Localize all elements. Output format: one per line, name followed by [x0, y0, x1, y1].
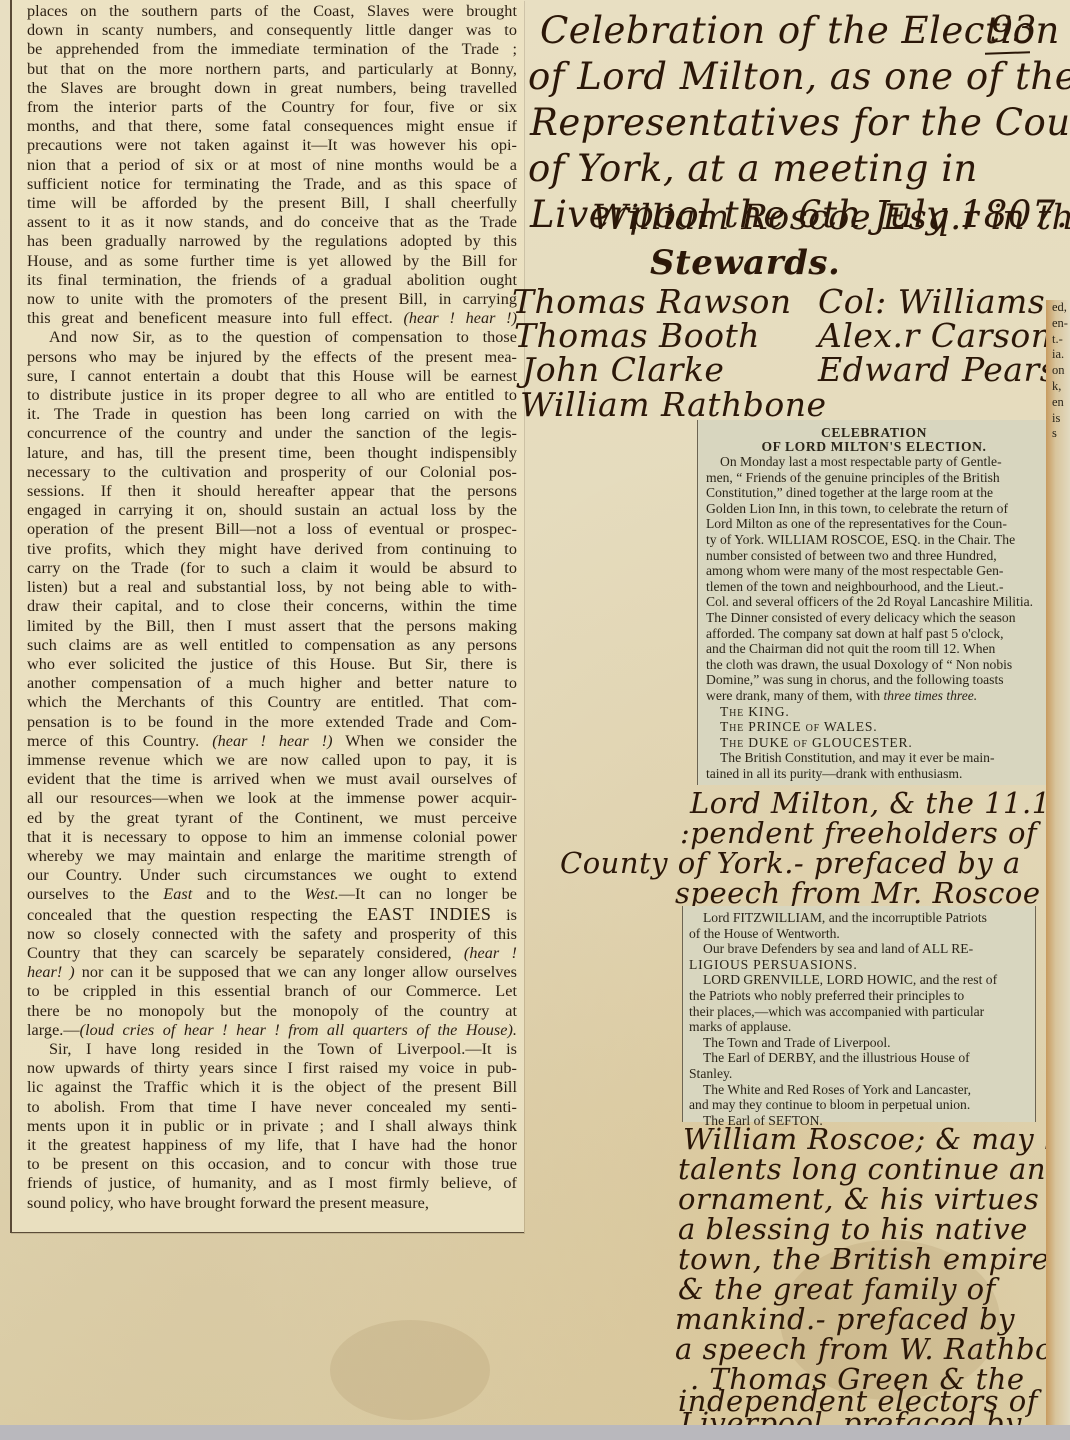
interjection: (hear ! hear !) [403, 309, 517, 327]
article-heading: CELEBRATION [706, 426, 1042, 440]
text-line: persons who may be injured by the effect… [27, 348, 517, 367]
text-span: is [506, 906, 517, 924]
toast-item: LORD GRENVILLE, LORD HOWIC, and the rest… [689, 972, 1029, 988]
title-line: Representatives for the County [530, 100, 1070, 146]
text-line: concealed that the question respecting t… [27, 905, 517, 925]
text-line: Golden Lion Inn, in this town, to celebr… [706, 501, 1042, 517]
text-line: assent to it as it now stands, and do co… [27, 213, 517, 232]
toast-item: The KING. [706, 704, 1042, 720]
fragment: ed, [1046, 300, 1070, 316]
toast-item: The DUKE of GLOUCESTER. [706, 735, 1042, 751]
text-span: nor can it be supposed that we can any l… [82, 963, 517, 981]
underlying-page-edge: ed, en- t.- ia. on k, en is s [1046, 300, 1070, 1425]
text-line: now to unite with the promoters of the p… [27, 290, 517, 309]
text-line: has been gradually narrowed by the regul… [27, 232, 517, 251]
text-line: hear! ) nor can it be supposed that we c… [27, 963, 517, 982]
text-span: When we consider the [345, 732, 517, 750]
text-line: lic against the Traffic which it is the … [27, 1078, 517, 1097]
handwritten-line: & the great family of [678, 1272, 996, 1306]
text-line: to distribute justice in its proper degr… [27, 386, 517, 405]
handwritten-line: Lord Milton, & the 11.177 Inde: [690, 786, 1070, 820]
text-line: it the greatest happiness of my life, th… [27, 1136, 517, 1155]
toast-item: The Earl of DERBY, and the illustrious H… [689, 1050, 1029, 1066]
fragment: on [1046, 363, 1070, 379]
toast-item: Lord FITZWILLIAM, and the incorruptible … [689, 910, 1029, 926]
text-span: this great and beneficent measure into f… [27, 309, 393, 327]
steward-name: William Rathbone [520, 385, 827, 424]
text-line: limited by the Bill, then I must assert … [27, 617, 517, 636]
text-span: Country that they can scarcely be separa… [27, 944, 452, 962]
text-line: the cloth was drawn, the usual Doxology … [706, 657, 1042, 673]
text-span: ourselves to the [27, 885, 149, 903]
speech-text: places on the southern parts of the Coas… [27, 2, 517, 1213]
text-line: Stanley. [689, 1066, 1029, 1082]
handwritten-line: town, the British empire [678, 1242, 1049, 1276]
text-line: and the Chairman did not quit the room t… [706, 641, 1042, 657]
text-line: lature, and has, till the present time, … [27, 444, 517, 463]
text-line: now upwards of thirty years since I firs… [27, 1059, 517, 1078]
text-line: nion that a period of six or at most of … [27, 156, 517, 175]
toast-item: Our brave Defenders by sea and land of A… [689, 941, 1029, 957]
fragment: t.- [1046, 332, 1070, 348]
text-span: —It can no longer be [339, 885, 517, 903]
text-line: ourselves to the East and to the West.—I… [27, 885, 517, 904]
text-line: time will be afforded by the present Bil… [27, 194, 517, 213]
text-line: to be crippled in this essential branch … [27, 982, 517, 1001]
fragment: ia. [1046, 347, 1070, 363]
text-line: but that on the more northern parts, and… [27, 60, 517, 79]
text-line: who ever solicited the justice of this H… [27, 655, 517, 674]
text-line: places on the southern parts of the Coas… [27, 2, 517, 21]
steward-name: Edward Pearson [818, 350, 1070, 389]
text-span: and to the [206, 885, 290, 903]
paragraph-3: Sir, I have long resided in the Town of … [27, 1040, 517, 1213]
text-line: The Dinner consisted of every delicacy w… [706, 610, 1042, 626]
text-line: men, “ Friends of the genuine principles… [706, 470, 1042, 486]
handwritten-line: a blessing to his native [678, 1212, 1028, 1246]
text-line: to abolish. From that time I have never … [27, 1098, 517, 1117]
text-line: carry on the Trade (for to such a claim … [27, 559, 517, 578]
text-line: listen) but a real and substantial loss,… [27, 578, 517, 597]
emphasis-east-indies: EAST INDIES [367, 904, 491, 924]
text-line: large.—(loud cries of hear ! hear ! from… [27, 1021, 517, 1040]
handwritten-line: County of York.- prefaced by a [560, 846, 1021, 880]
text-line: Constitution,” dined together at the lar… [706, 485, 1042, 501]
text-line: Sir, I have long resided in the Town of … [27, 1040, 517, 1059]
left-newspaper-clipping: places on the southern parts of the Coas… [10, 0, 524, 1233]
text-span: large.— [27, 1021, 80, 1039]
title-line: of York, at a meeting in [528, 146, 1070, 192]
text-line: it. The Trade in question has been long … [27, 405, 517, 424]
text-line: LIGIOUS PERSUASIONS. [689, 957, 1029, 973]
text-line: among whom were many of the most respect… [706, 563, 1042, 579]
handwritten-line: talents long continue an [678, 1152, 1046, 1186]
celebration-article-clipping: CELEBRATION OF LORD MILTON'S ELECTION. O… [697, 420, 1049, 785]
text-line: its final termination, the friends of a … [27, 271, 517, 290]
interjection: (hear ! hear !) [212, 732, 332, 750]
text-line: there be no monopoly but the monopoly of… [27, 1002, 517, 1021]
handwritten-line: ornament, & his virtues [678, 1182, 1039, 1216]
toasts-clipping: Lord FITZWILLIAM, and the incorruptible … [682, 906, 1036, 1122]
handwritten-line: a speech from W. Rathbone [675, 1332, 1070, 1366]
text-line: necessary to the cultivation and prosper… [27, 463, 517, 482]
text-line: afforded. The company sat down at half p… [706, 626, 1042, 642]
text-line: On Monday last a most respectable party … [706, 454, 1042, 470]
text-line: marks of applause. [689, 1019, 1029, 1035]
toast-item: The PRINCE of WALES. [706, 719, 1042, 735]
text-span: merce of this Country. [27, 732, 199, 750]
interjection: (loud cries of hear ! hear ! from all qu… [80, 1021, 517, 1039]
text-line: all our resources—when we look at the im… [27, 789, 517, 808]
text-span: were drank, many of them, with [706, 688, 880, 703]
text-line: ty of York. WILLIAM ROSCOE, ESQ. in the … [706, 532, 1042, 548]
chair-line: William Roscoe Esq.r in the Chair. [592, 198, 1070, 238]
text-line: precautions were not taken against it—It… [27, 136, 517, 155]
toast-item: The White and Red Roses of York and Lanc… [689, 1082, 1029, 1098]
text-line: to be present on this occasion, and to c… [27, 1155, 517, 1174]
toast-item: The Town and Trade of Liverpool. [689, 1035, 1029, 1051]
paragraph-2: And now Sir, as to the question of compe… [27, 328, 517, 1040]
text-line: Country that they can scarcely be separa… [27, 944, 517, 963]
text-line: our Country. Under such circumstances we… [27, 866, 517, 885]
paragraph-1: places on the southern parts of the Coas… [27, 2, 517, 328]
text-line: concurrence of the country and under the… [27, 424, 517, 443]
text-line: merce of this Country. (hear ! hear !) W… [27, 732, 517, 751]
interjection: (hear ! [464, 944, 517, 962]
handwritten-line: William Roscoe; & may his [683, 1122, 1070, 1156]
handwritten-line: :pendent freeholders of the [680, 816, 1070, 850]
emphasis-east: East [163, 885, 192, 903]
text-line: the Patriots who nobly preferred their p… [689, 988, 1029, 1004]
page-number: 93 [990, 10, 1037, 51]
fragment: s [1046, 426, 1070, 442]
text-line: immense revenue which we are now called … [27, 751, 517, 770]
text-line: their places,—which was accompanied with… [689, 1004, 1029, 1020]
handwritten-line: speech from Mr. Roscoe [675, 876, 1041, 910]
text-line: friends of justice, of humanity, and as … [27, 1174, 517, 1193]
text-line: ments upon it in public or in private ; … [27, 1117, 517, 1136]
text-line: draw their capital, and to close their c… [27, 597, 517, 616]
text-line: and may they continue to bloom in perpet… [689, 1097, 1029, 1113]
text-line: from the interior parts of the Country f… [27, 98, 517, 117]
text-line: operation of the present Bill—not a loss… [27, 520, 517, 539]
interjection: hear! ) [27, 963, 75, 981]
title-line: of Lord Milton, as one of the [528, 54, 1070, 100]
fragment: en- [1046, 316, 1070, 332]
text-line: Domine,” was sung in chorus, and the fol… [706, 672, 1042, 688]
text-line: tive profits, which they might have deri… [27, 540, 517, 559]
toast-item: The British Constitution, and may it eve… [706, 750, 1042, 766]
emphasis: three times three. [883, 688, 977, 703]
text-line: pensation is to be found in the more ext… [27, 713, 517, 732]
steward-name: John Clarke [522, 350, 724, 389]
text-line: evident that the time is arrived when we… [27, 770, 517, 789]
text-span: concealed that the question respecting t… [27, 906, 352, 924]
text-line: down in scanty numbers, and consequently… [27, 21, 517, 40]
text-line: sound policy, who have brought forward t… [27, 1194, 517, 1213]
text-line: whereby we may maintain and enlarge the … [27, 847, 517, 866]
text-line: were drank, many of them, with three tim… [706, 688, 1042, 704]
text-line: another compensation of a much higher an… [27, 674, 517, 693]
text-line: such claims are as well entitled to comp… [27, 636, 517, 655]
text-line: Lord Milton as one of the representative… [706, 516, 1042, 532]
handwritten-line: mankind.- prefaced by [675, 1302, 1015, 1336]
text-line: Col. and several officers of the 2d Roya… [706, 594, 1042, 610]
text-line: of the House of Wentworth. [689, 926, 1029, 942]
text-line: that it is necessary to oppose to him an… [27, 828, 517, 847]
text-line: be apprehended from the immediate termin… [27, 40, 517, 59]
text-line: And now Sir, as to the question of compe… [27, 328, 517, 347]
text-line: now so closely connected with the safety… [27, 925, 517, 944]
text-line: sessions. If then it should hereafter ap… [27, 482, 517, 501]
stewards-heading: Stewards. [650, 243, 840, 283]
fragment: k, [1046, 379, 1070, 395]
text-line: the Slaves are brought down in great num… [27, 79, 517, 98]
text-line: engaged in carrying it on, should sustai… [27, 501, 517, 520]
fragment: en [1046, 395, 1070, 411]
text-line: ed by the great tyrant of the Continent,… [27, 809, 517, 828]
text-line: which the Merchants of this Country are … [27, 693, 517, 712]
scrapbook-page: places on the southern parts of the Coas… [0, 0, 1070, 1432]
text-line: tlemen of the town and neighbourhood, an… [706, 579, 1042, 595]
text-line: number consisted of between two and thre… [706, 548, 1042, 564]
emphasis-west: West. [305, 885, 339, 903]
scan-background [0, 1425, 1070, 1440]
fragment: is [1046, 411, 1070, 427]
text-line: House, and as some further time is yet a… [27, 252, 517, 271]
text-line: this great and beneficent measure into f… [27, 309, 517, 328]
text-line: sure, I cannot entertain a doubt that th… [27, 367, 517, 386]
article-subheading: OF LORD MILTON'S ELECTION. [706, 440, 1042, 454]
text-line: months, and that there, some fatal conse… [27, 117, 517, 136]
text-line: tained in all its purity—drank with enth… [706, 766, 1042, 782]
paper-stain [330, 1320, 490, 1420]
text-line: sufficient notice for terminating the Tr… [27, 175, 517, 194]
